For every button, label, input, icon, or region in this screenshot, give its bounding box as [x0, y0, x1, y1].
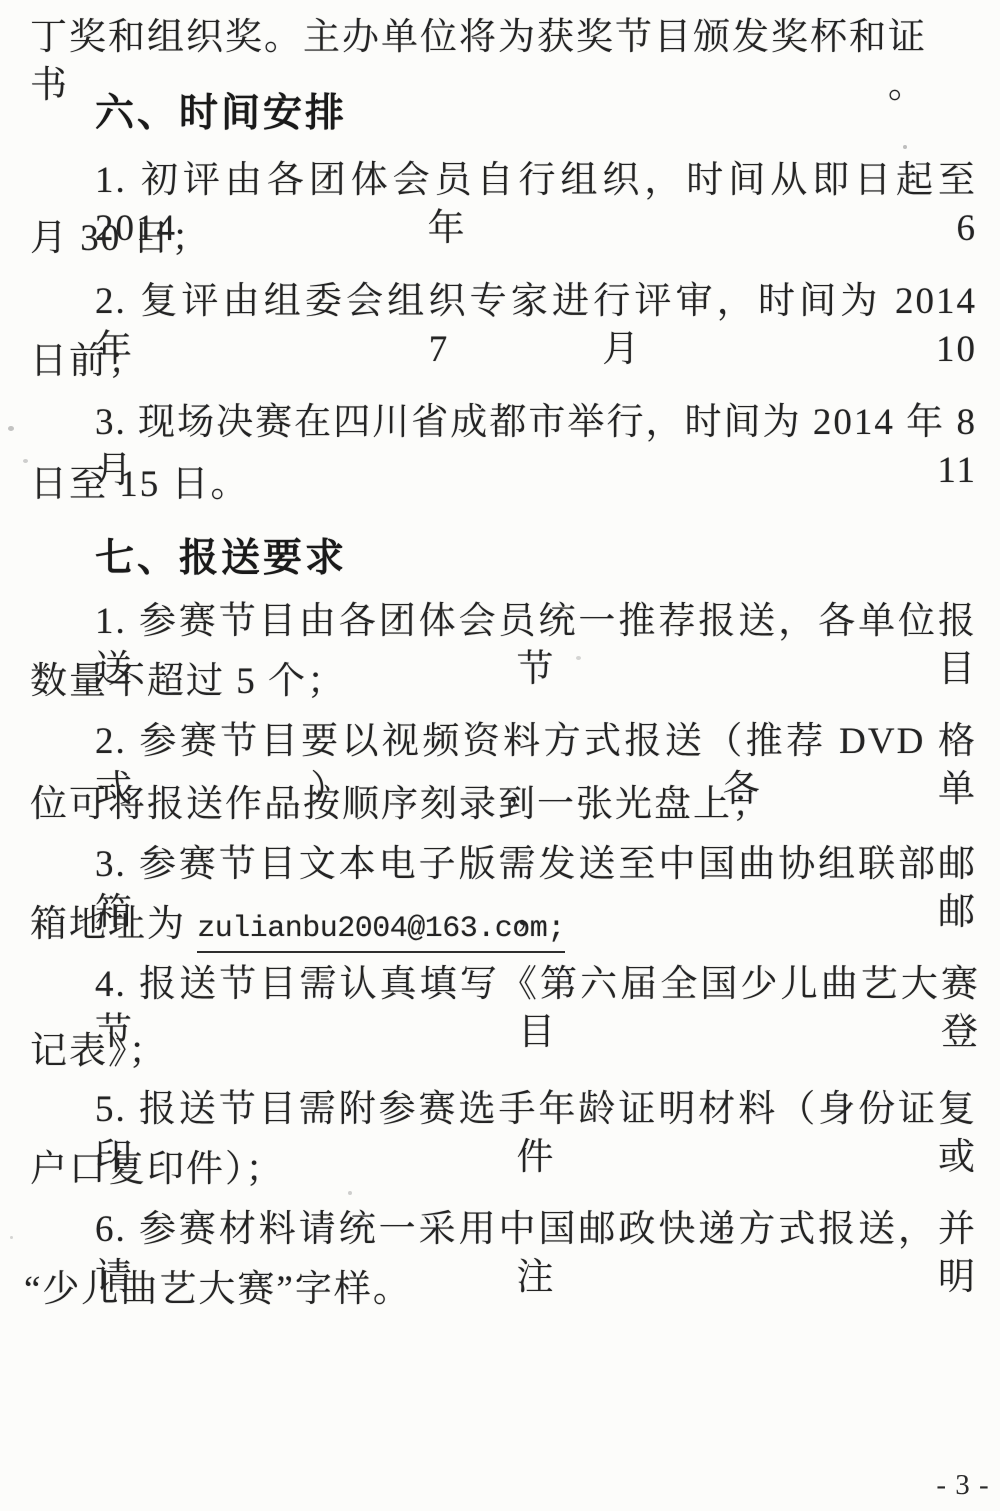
- section-heading-submission: 七、报送要求: [95, 535, 347, 583]
- paragraph-line: 2. 参赛节目要以视频资料方式报送（推荐 DVD 格式），各单: [95, 718, 977, 766]
- scan-speck: [576, 656, 581, 660]
- paragraph-line: 日前；: [30, 338, 147, 386]
- paragraph-line: 3. 现场决赛在四川省成都市举行，时间为 2014 年 8 月 11: [95, 399, 977, 447]
- paragraph-line: 户口复印件）；: [30, 1146, 285, 1194]
- scan-speck: [10, 1236, 13, 1239]
- page-number: - 3 -: [930, 1468, 996, 1502]
- paragraph-line: 日至 15 日。: [30, 461, 250, 509]
- scan-speck: [903, 145, 907, 149]
- paragraph-line-email: 箱地址为 zulianbu2004@163.com;: [30, 901, 565, 949]
- email-address: zulianbu2004@163.com: [197, 912, 547, 946]
- paragraph-line: 2. 复评由组委会组织专家进行评审，时间为 2014 年 7 月 10: [95, 278, 977, 326]
- paragraph-line: 3. 参赛节目文本电子版需发送至中国曲协组联部邮箱，邮: [95, 841, 977, 889]
- paragraph-line: 4. 报送节目需认真填写《第六届全国少儿曲艺大赛节目登: [95, 961, 980, 1009]
- paragraph-line: 月 30 日；: [30, 215, 211, 263]
- paragraph-line: 记表》；: [30, 1028, 168, 1076]
- scanned-document-page: 丁奖和组织奖。主办单位将为获奖节目颁发奖杯和证书。 六、时间安排 1. 初评由各…: [0, 0, 1000, 1511]
- section-heading-time: 六、时间安排: [95, 90, 347, 138]
- paragraph-line: 数量不超过 5 个；: [30, 658, 346, 706]
- email-line-prefix: 箱地址为: [30, 904, 197, 945]
- paragraph-line: 位可将报送作品按顺序刻录到一张光盘上；: [30, 781, 771, 829]
- email-line-suffix: ;: [547, 912, 565, 946]
- paragraph-line: “少儿曲艺大赛”字样。: [24, 1266, 412, 1314]
- paragraph-line: 1. 参赛节目由各团体会员统一推荐报送，各单位报送节目: [95, 598, 977, 646]
- scan-speck: [8, 426, 14, 431]
- paragraph-line: 6. 参赛材料请统一采用中国邮政快递方式报送，并请注明: [95, 1206, 977, 1254]
- scan-speck: [348, 1191, 352, 1195]
- email-underline: zulianbu2004@163.com;: [197, 905, 565, 953]
- scan-speck: [23, 459, 28, 463]
- paragraph-line: 丁奖和组织奖。主办单位将为获奖节目颁发奖杯和证书。: [30, 14, 927, 62]
- paragraph-line: 5. 报送节目需附参赛选手年龄证明材料（身份证复印件或: [95, 1086, 977, 1134]
- paragraph-line: 1. 初评由各团体会员自行组织，时间从即日起至 2014 年 6: [95, 157, 977, 205]
